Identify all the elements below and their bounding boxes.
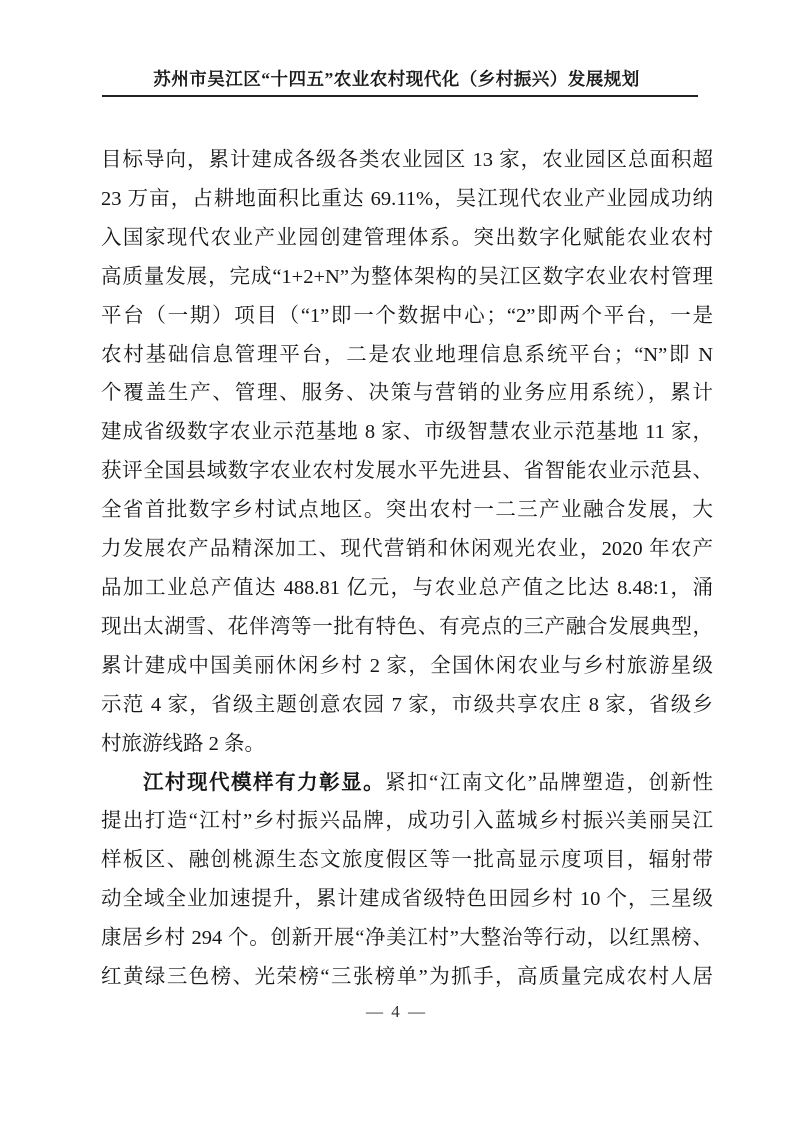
body-line: 提出打造“江村”乡村振兴品牌，成功引入蓝城乡村振兴美丽吴江 [101, 802, 713, 841]
paragraph-2: 江村现代模样有力彰显。紧扣“江南文化”品牌塑造，创新性 提出打造“江村”乡村振兴… [101, 764, 713, 997]
body-line: 农村基础信息管理平台，二是农业地理信息系统平台；“N”即 N [101, 336, 713, 375]
document-title: 苏州市吴江区“十四五”农业农村现代化（乡村振兴）发展规划 [0, 66, 793, 91]
body-line: 获评全国县域数字农业农村发展水平先进县、省智能农业示范县、 [101, 452, 713, 491]
body-line: 全省首批数字乡村试点地区。突出农村一二三产业融合发展，大 [101, 491, 713, 530]
body-line: 示范 4 家，省级主题创意农园 7 家，市级共享农庄 8 家，省级乡 [101, 686, 713, 725]
body-line: 样板区、融创桃源生态文旅度假区等一批高显示度项目，辐射带 [101, 841, 713, 880]
body-line: 江村现代模样有力彰显。紧扣“江南文化”品牌塑造，创新性 [101, 764, 713, 803]
body-line: 平台（一期）项目（“1”即一个数据中心；“2”即两个平台，一是 [101, 297, 713, 336]
paragraph-lead-bold: 江村现代模样有力彰显。 [143, 772, 385, 794]
page-number: — 4 — [0, 1002, 793, 1022]
document-page: 苏州市吴江区“十四五”农业农村现代化（乡村振兴）发展规划 目标导向，累计建成各级… [0, 0, 793, 1122]
body-line: 个覆盖生产、管理、服务、决策与营销的业务应用系统），累计 [101, 374, 713, 413]
body-line: 力发展农产品精深加工、现代营销和休闲观光农业，2020 年农产 [101, 530, 713, 569]
body-line: 建成省级数字农业示范基地 8 家、市级智慧农业示范基地 11 家， [101, 413, 713, 452]
paragraph-1: 目标导向，累计建成各级各类农业园区 13 家，农业园区总面积超 23 万亩，占耕… [101, 141, 713, 764]
body-line: 现出太湖雪、花伴湾等一批有特色、有亮点的三产融合发展典型， [101, 608, 713, 647]
body-line: 动全域全业加速提升，累计建成省级特色田园乡村 10 个，三星级 [101, 880, 713, 919]
document-body: 目标导向，累计建成各级各类农业园区 13 家，农业园区总面积超 23 万亩，占耕… [101, 141, 713, 997]
body-line: 入国家现代农业产业园创建管理体系。突出数字化赋能农业农村 [101, 219, 713, 258]
body-line: 村旅游线路 2 条。 [101, 725, 713, 764]
body-line: 23 万亩，占耕地面积比重达 69.11%，吴江现代农业产业园成功纳 [101, 180, 713, 219]
body-line: 目标导向，累计建成各级各类农业园区 13 家，农业园区总面积超 [101, 141, 713, 180]
body-line: 高质量发展，完成“1+2+N”为整体架构的吴江区数字农业农村管理 [101, 258, 713, 297]
paragraph-lead-rest: 紧扣“江南文化”品牌塑造，创新性 [385, 772, 713, 794]
body-line: 康居乡村 294 个。创新开展“净美江村”大整治等行动，以红黑榜、 [101, 919, 713, 958]
body-line: 累计建成中国美丽休闲乡村 2 家，全国休闲农业与乡村旅游星级 [101, 647, 713, 686]
body-line: 红黄绿三色榜、光荣榜“三张榜单”为抓手，高质量完成农村人居 [101, 958, 713, 997]
header-rule [102, 95, 698, 97]
body-line: 品加工业总产值达 488.81 亿元，与农业总产值之比达 8.48:1，涌 [101, 569, 713, 608]
page-header: 苏州市吴江区“十四五”农业农村现代化（乡村振兴）发展规划 [0, 66, 793, 91]
